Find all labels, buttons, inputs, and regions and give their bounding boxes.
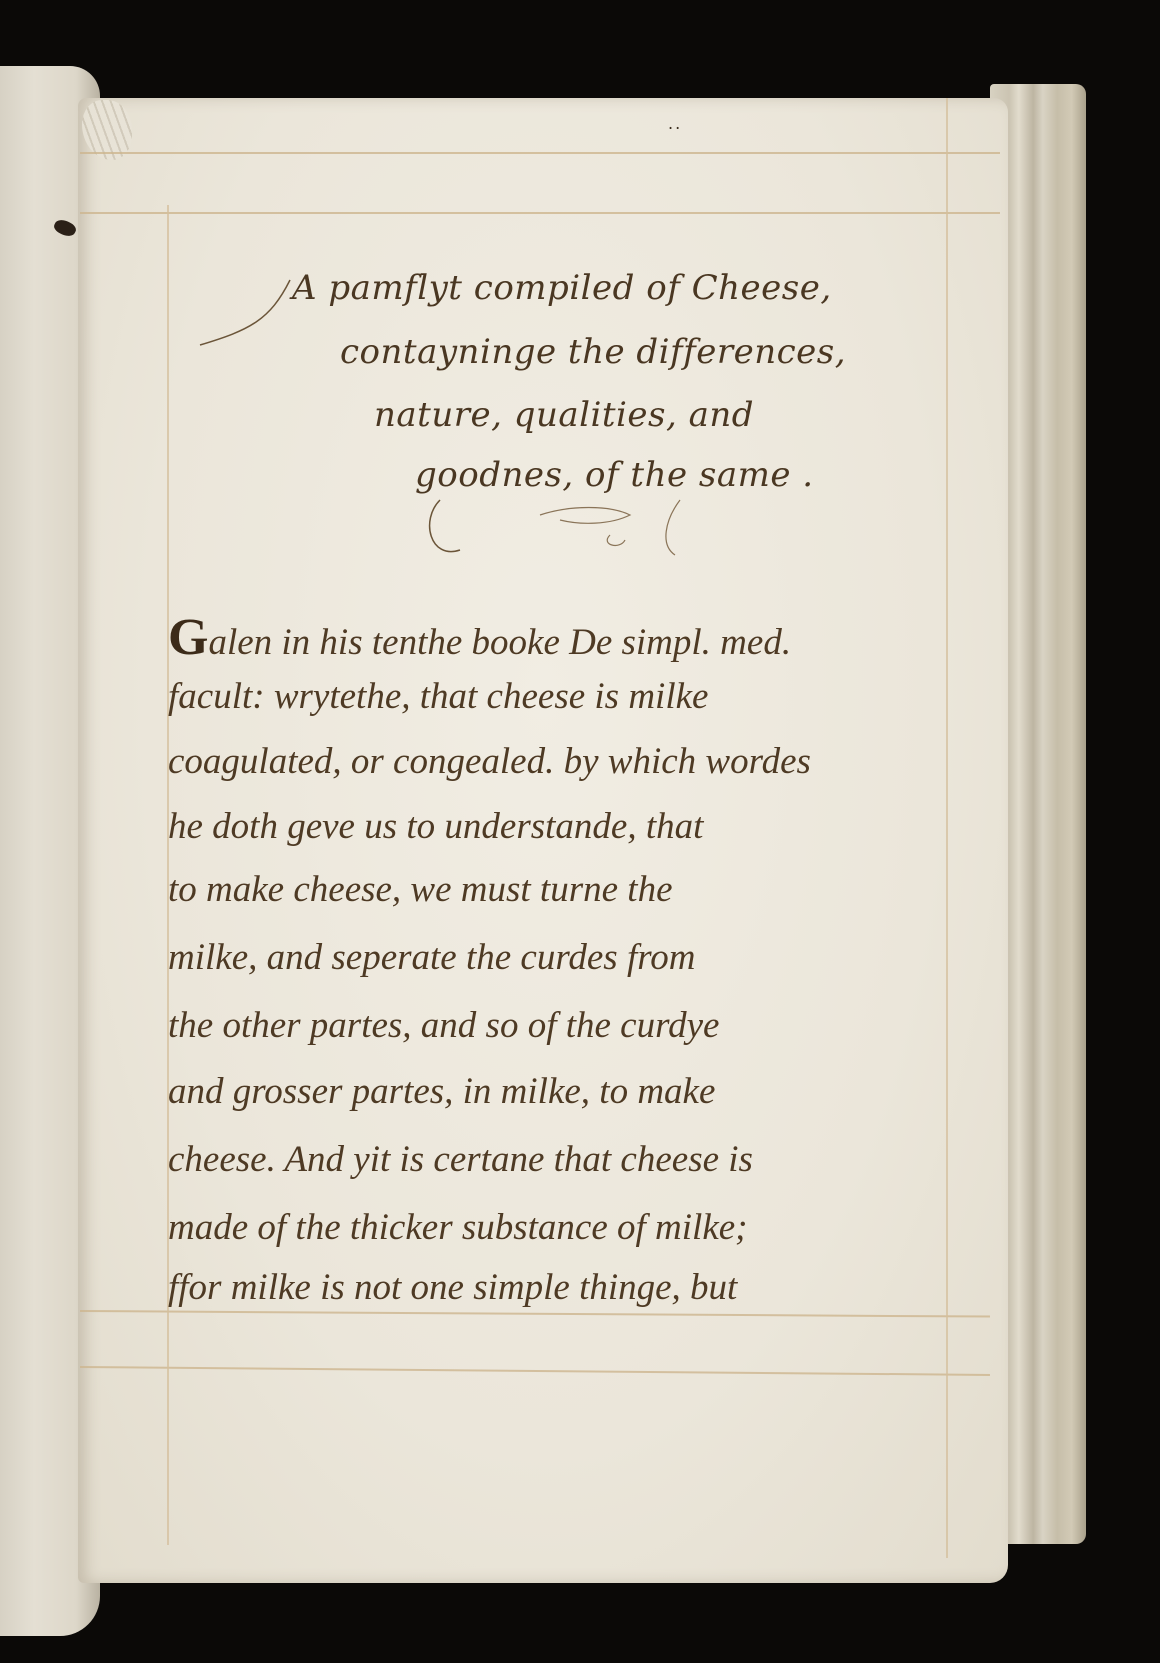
body-line-7: the other partes, and so of the curdye [168,1004,719,1047]
body-line-11: ffor milke is not one simple thinge, but [168,1266,737,1309]
body-line-1-text: alen in his tenthe booke De simpl. med. [208,622,791,663]
body-line-3: coagulated, or congealed. by which worde… [168,740,811,783]
body-line-10: made of the thicker substance of milke; [168,1206,748,1249]
drop-initial: G [168,609,208,666]
body-line-8: and grosser partes, in milke, to make [168,1070,715,1113]
body-line-4: he doth geve us to understande, that [168,805,703,848]
body-line-9: cheese. And yit is certane that cheese i… [168,1138,753,1181]
heading-flourish-icon [0,0,1160,600]
body-line-1: Galen in his tenthe booke De simpl. med. [168,608,791,667]
body-line-2: facult: wrytethe, that cheese is milke [168,675,708,718]
body-line-6: milke, and seperate the curdes from [168,936,695,979]
body-line-5: to make cheese, we must turne the [168,868,673,911]
